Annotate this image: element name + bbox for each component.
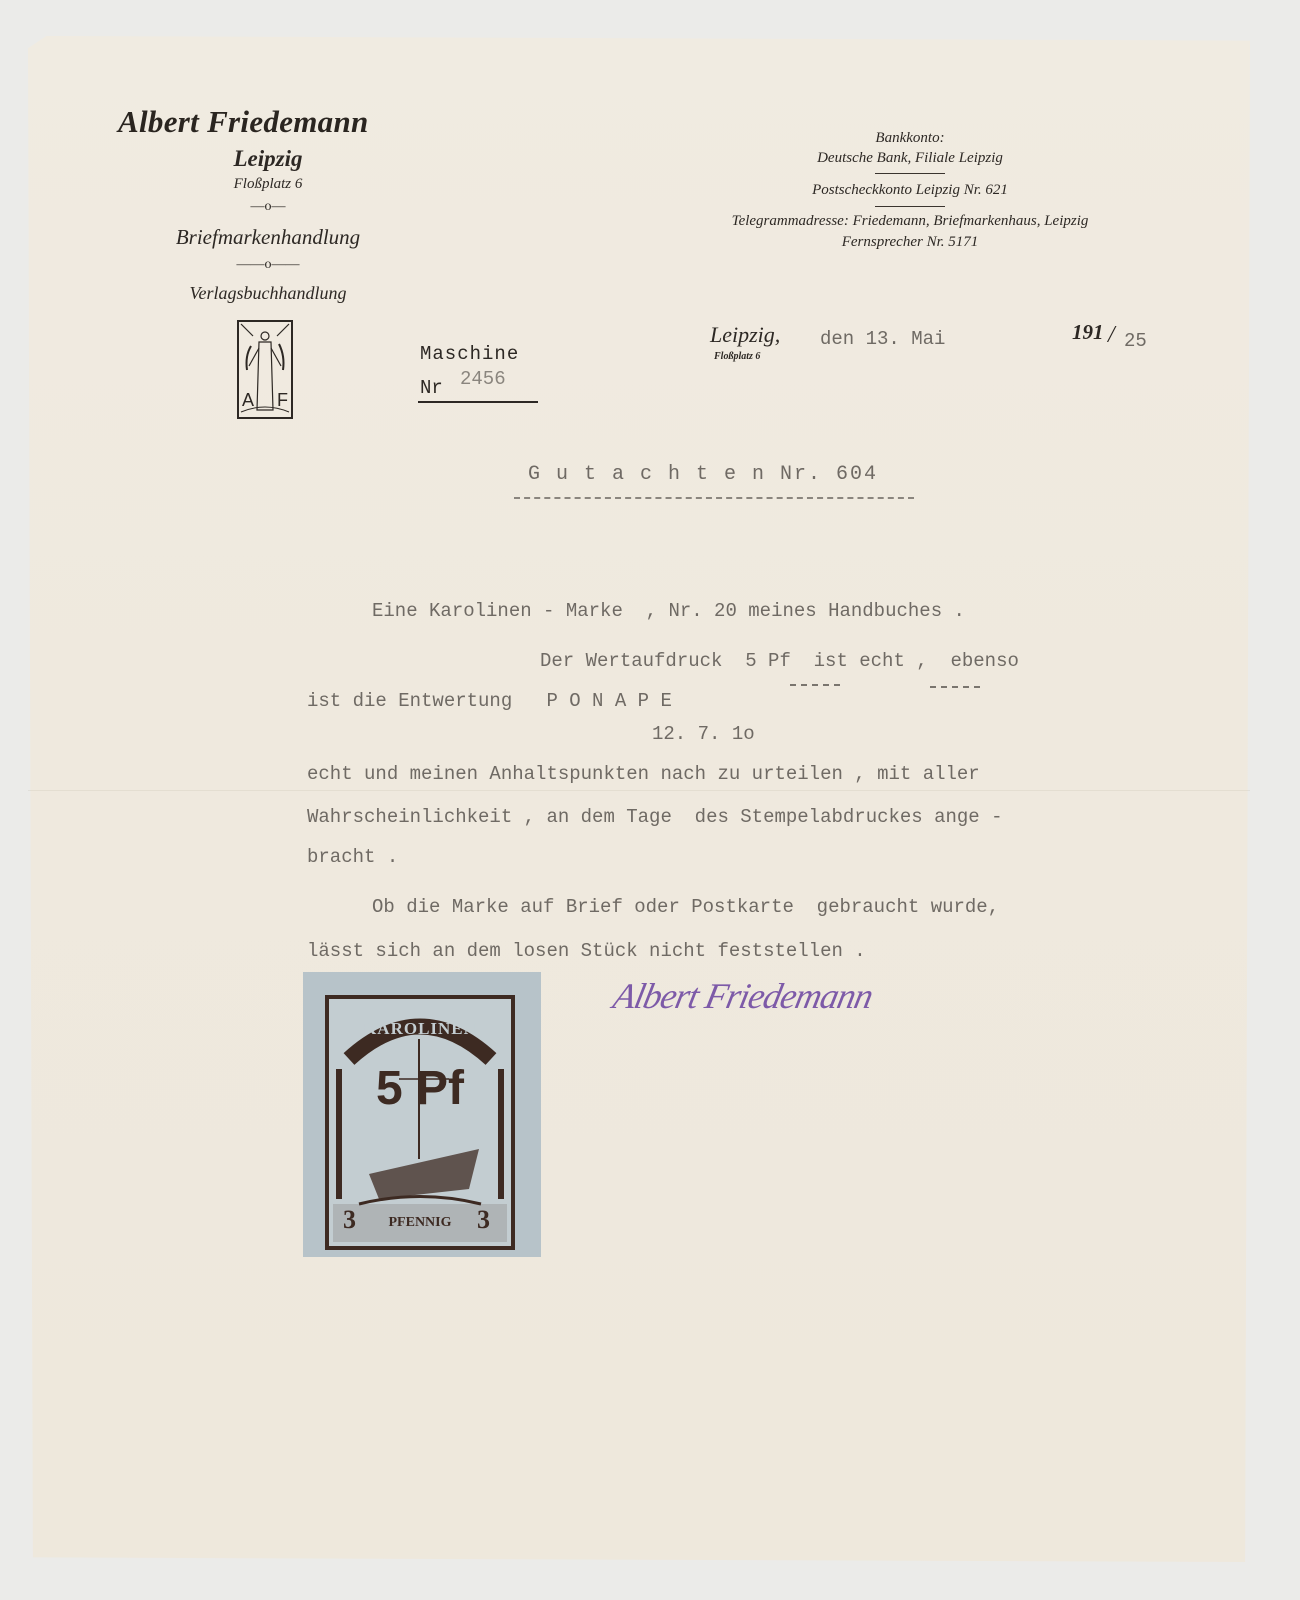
year-prefix: 191 bbox=[1072, 320, 1104, 345]
underline-echt bbox=[930, 686, 980, 688]
letterhead-city: Leipzig bbox=[118, 146, 418, 172]
telegram-address: Telegrammadresse: Friedemann, Briefmarke… bbox=[660, 213, 1160, 230]
title-underline bbox=[514, 497, 914, 499]
svg-text:F: F bbox=[277, 390, 288, 410]
certificate-title: G u t a c h t e n Nr. 604 bbox=[528, 463, 878, 486]
figure-with-palms-icon: A F bbox=[239, 322, 291, 417]
stamp-value-right: 3 bbox=[477, 1205, 490, 1235]
dateline-address: Floßplatz 6 bbox=[714, 351, 760, 362]
company-name: Albert Friedemann bbox=[118, 104, 369, 140]
letterhead-address: Floßplatz 6 bbox=[118, 176, 418, 193]
year-typed: 25 bbox=[1124, 330, 1147, 352]
machine-nr-value: 2456 bbox=[460, 368, 506, 390]
svg-text:A: A bbox=[242, 390, 254, 410]
bank-name: Deutsche Bank, Filiale Leipzig bbox=[680, 150, 1140, 167]
stamp-overprint: 5 Pf bbox=[329, 1061, 511, 1116]
stamp-value-left: 3 bbox=[343, 1205, 356, 1235]
body-line: 12. 7. 1o bbox=[652, 723, 755, 745]
body-line: bracht . bbox=[307, 846, 398, 868]
stamp-denomination: PFENNIG bbox=[369, 1215, 471, 1231]
business-type-publishing: Verlagsbuchhandlung bbox=[118, 283, 418, 304]
date-typed: den 13. Mai bbox=[820, 328, 945, 350]
body-line: Eine Karolinen - Marke , Nr. 20 meines H… bbox=[372, 600, 965, 622]
machine-nr-label: Nr bbox=[420, 377, 443, 399]
underline-5pf bbox=[790, 684, 840, 686]
body-line: ist die Entwertung P O N A P E bbox=[307, 690, 672, 712]
postage-stamp: KAROLINEN 5 Pf 3 3 PFENNIG bbox=[325, 995, 515, 1250]
body-line: Ob die Marke auf Brief oder Postkarte ge… bbox=[372, 896, 999, 918]
stamp-country: KAROLINEN bbox=[329, 1019, 511, 1039]
phone-number: Fernsprecher Nr. 5171 bbox=[680, 234, 1140, 251]
divider bbox=[875, 173, 945, 174]
paper-fold bbox=[28, 790, 1250, 791]
body-line: echt und meinen Anhaltspunkten nach zu u… bbox=[307, 763, 980, 785]
divider bbox=[875, 206, 945, 207]
company-logo: A F bbox=[237, 320, 293, 419]
year-slash: / bbox=[1108, 322, 1115, 349]
bank-label: Bankkonto: bbox=[680, 130, 1140, 147]
ornament-divider: ——o—— bbox=[118, 257, 418, 273]
body-line: Der Wertaufdruck 5 Pf ist echt , ebenso bbox=[540, 650, 1019, 672]
body-line: lässt sich an dem losen Stück nicht fest… bbox=[307, 940, 866, 962]
business-type-stamps: Briefmarkenhandlung bbox=[118, 225, 418, 250]
ornament-divider: —o— bbox=[118, 199, 418, 215]
postscheck-account: Postscheckkonto Leipzig Nr. 621 bbox=[680, 182, 1140, 199]
body-line: Wahrscheinlichkeit , an dem Tage des Ste… bbox=[307, 806, 1003, 828]
dateline-city: Leipzig, bbox=[710, 322, 780, 348]
machine-label: Maschine bbox=[420, 343, 519, 365]
signature: Albert Friedemann bbox=[610, 975, 877, 1017]
machine-nr-underline bbox=[418, 401, 538, 403]
